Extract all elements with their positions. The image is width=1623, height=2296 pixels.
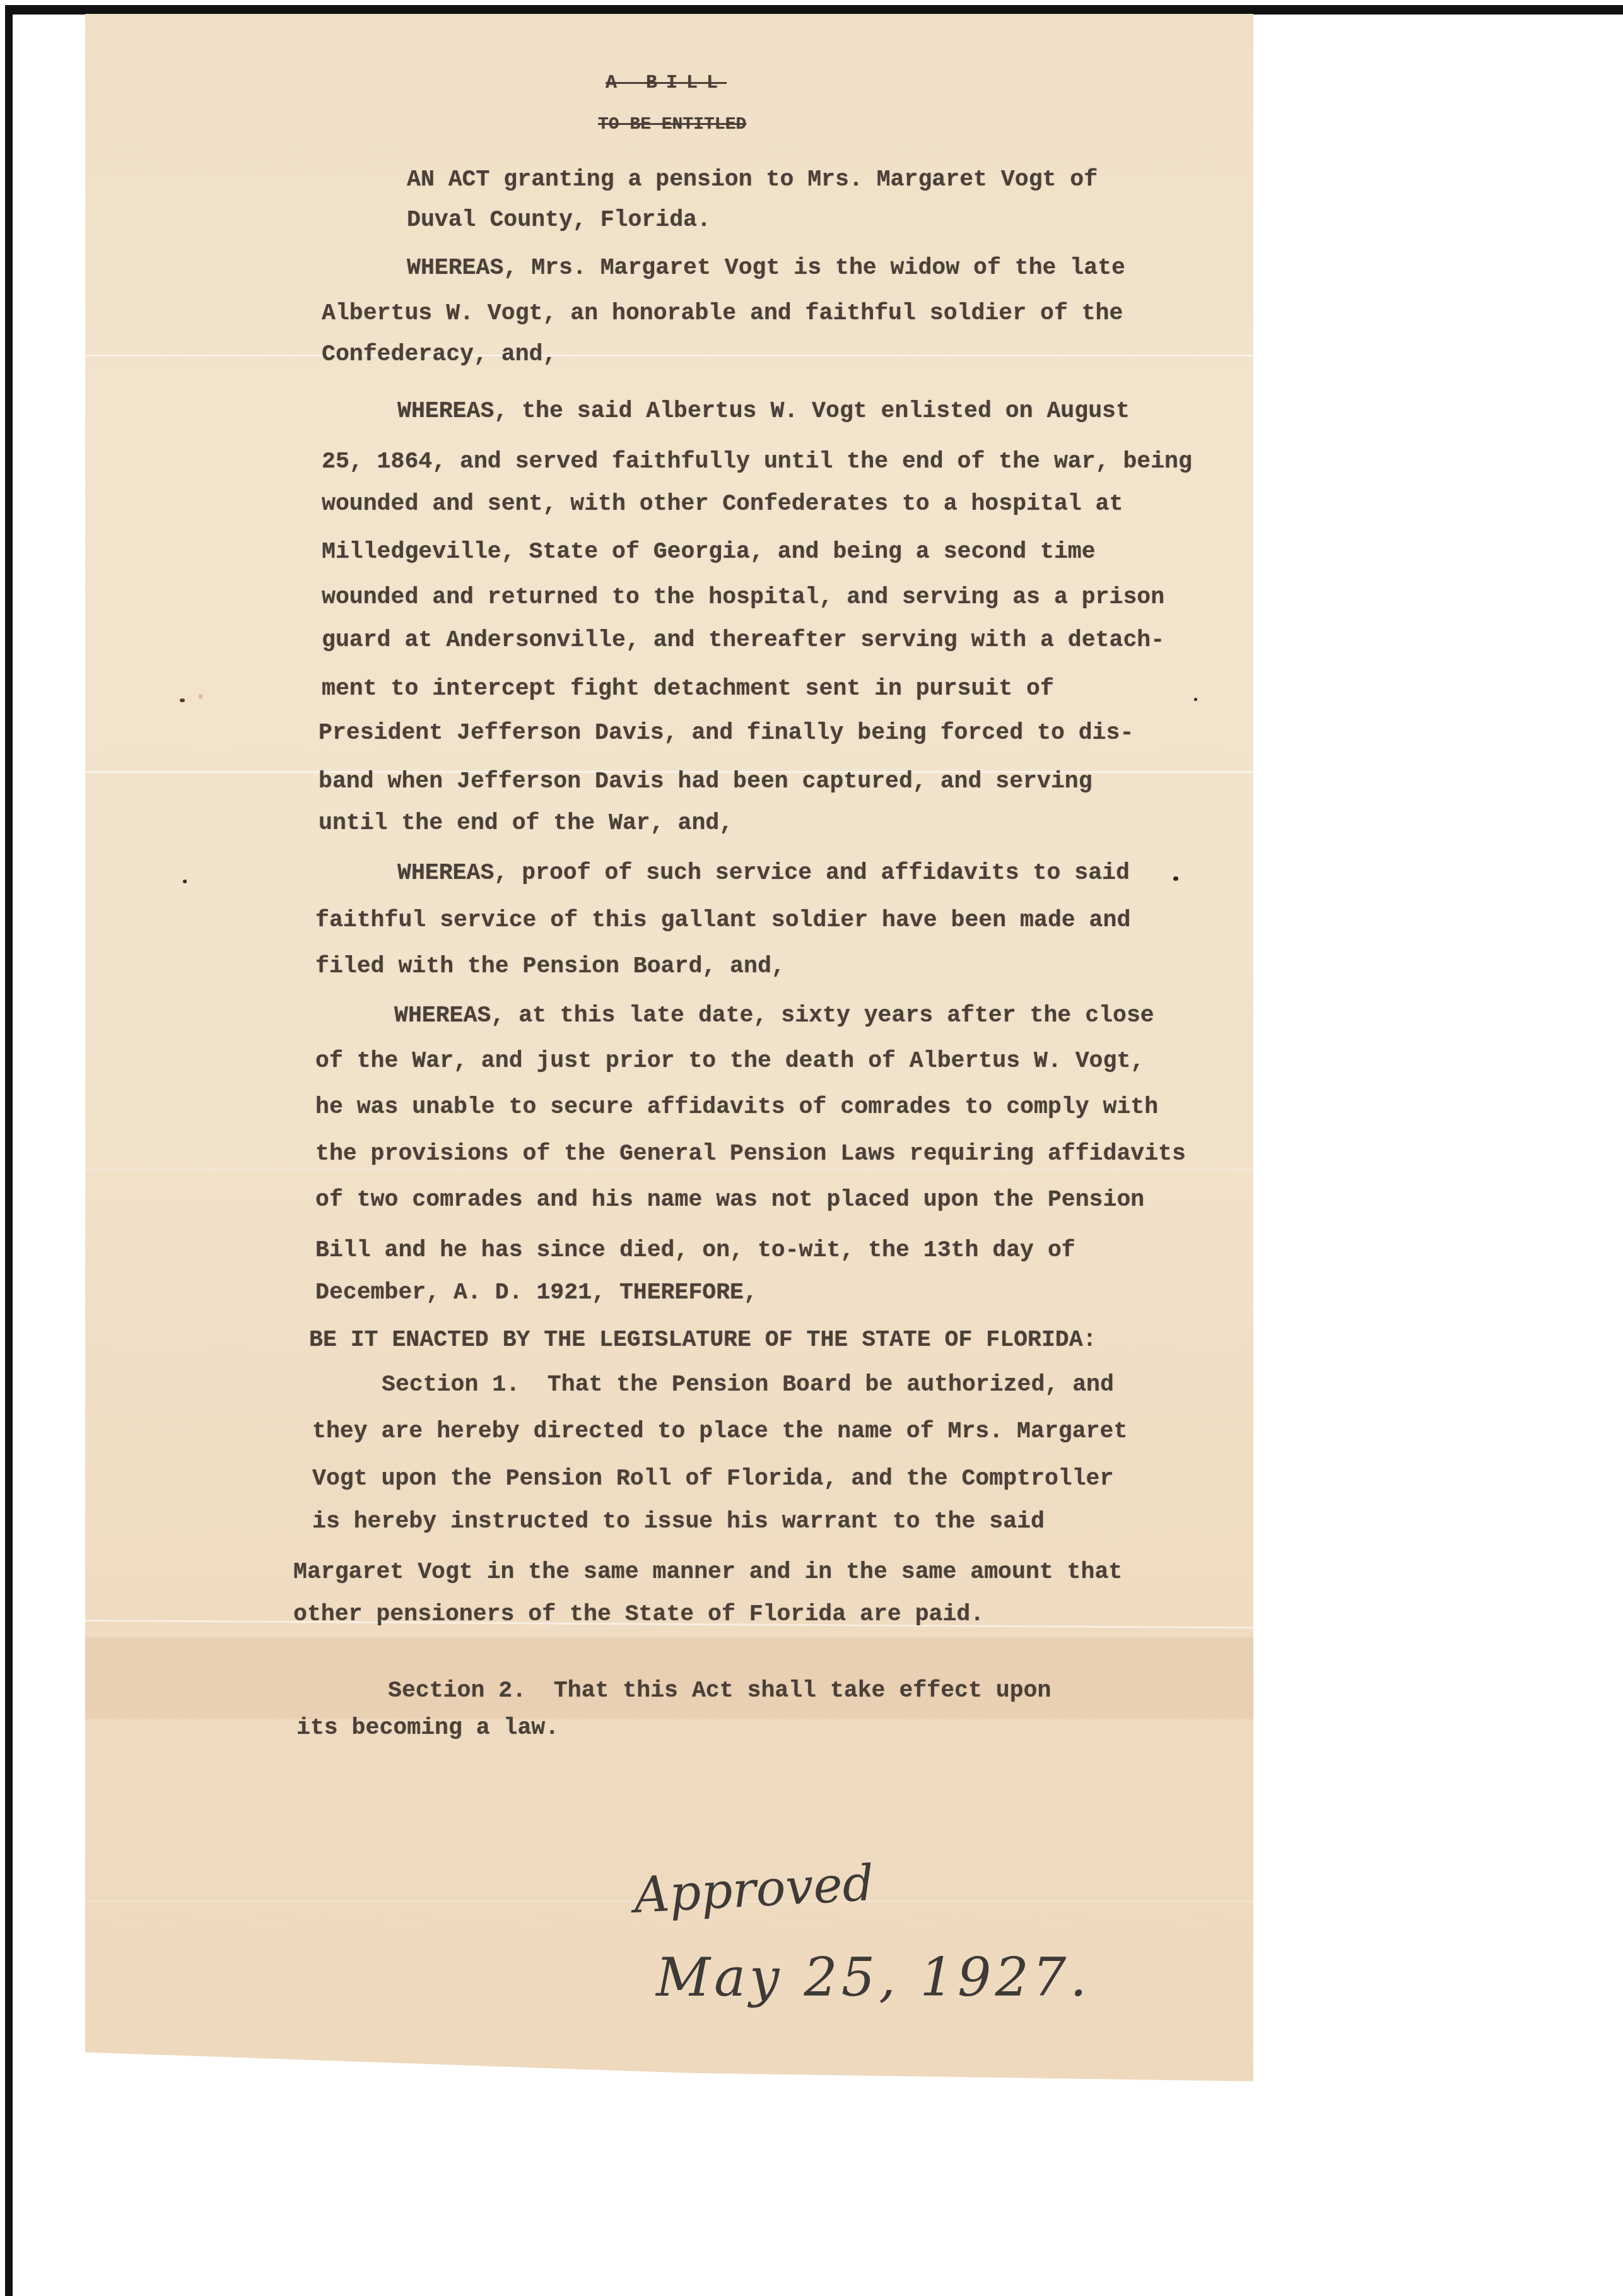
- typed-line: WHEREAS, proof of such service and affid…: [397, 861, 1130, 886]
- ink-spot: [183, 880, 187, 883]
- typed-line: ment to intercept fight detachment sent …: [322, 676, 1054, 702]
- typed-line: Margaret Vogt in the same manner and in …: [293, 1560, 1122, 1585]
- handwritten-date: May 25, 1927.: [656, 1946, 1091, 2008]
- typed-line: Vogt upon the Pension Roll of Florida, a…: [312, 1466, 1113, 1492]
- typed-line: its becoming a law.: [296, 1716, 559, 1741]
- typed-line: faithful service of this gallant soldier…: [315, 908, 1130, 933]
- fold-line: [85, 1169, 1253, 1170]
- typed-line: Bill and he has since died, on, to-wit, …: [315, 1238, 1075, 1263]
- struck-heading-to-be-entitled: TO BE ENTITLED: [598, 112, 746, 138]
- scan-frame-top: [5, 5, 1623, 15]
- typed-line: Milledgeville, State of Georgia, and bei…: [322, 539, 1096, 565]
- typed-line: WHEREAS, at this late date, sixty years …: [394, 1003, 1154, 1028]
- typed-line: they are hereby directed to place the na…: [312, 1419, 1127, 1444]
- typed-line: WHEREAS, Mrs. Margaret Vogt is the widow…: [407, 256, 1125, 281]
- ink-spot: [1173, 876, 1178, 881]
- ink-spot: [199, 694, 202, 699]
- typed-line: band when Jefferson Davis had been captu…: [319, 769, 1093, 794]
- typed-line: Confederacy, and,: [322, 342, 556, 367]
- typed-line: Duval County, Florida.: [407, 208, 711, 233]
- typed-line: filed with the Pension Board, and,: [315, 954, 785, 979]
- typed-line: wounded and returned to the hospital, an…: [322, 585, 1164, 610]
- scan-frame-left: [5, 5, 13, 2296]
- typed-line: Albertus W. Vogt, an honorable and faith…: [322, 301, 1123, 326]
- typed-line: AN ACT granting a pension to Mrs. Margar…: [407, 167, 1098, 192]
- typed-line: of two comrades and his name was not pla…: [315, 1187, 1144, 1213]
- typed-line: BE IT ENACTED BY THE LEGISLATURE OF THE …: [309, 1328, 1097, 1353]
- typed-line: guard at Andersonville, and thereafter s…: [322, 628, 1164, 653]
- typed-line: WHEREAS, the said Albertus W. Vogt enlis…: [397, 399, 1130, 424]
- typed-line: is hereby instructed to issue his warran…: [312, 1509, 1045, 1534]
- fold-line: [85, 355, 1253, 356]
- typed-line: Section 1. That the Pension Board be aut…: [382, 1372, 1114, 1398]
- typed-line: the provisions of the General Pension La…: [315, 1141, 1186, 1167]
- typed-line: other pensioners of the State of Florida…: [293, 1602, 984, 1627]
- typed-line: Section 2. That this Act shall take effe…: [388, 1678, 1051, 1704]
- typed-line: December, A. D. 1921, THEREFORE,: [315, 1280, 758, 1305]
- struck-heading-a-bill: A BILL: [606, 71, 727, 96]
- typed-line: wounded and sent, with other Confederate…: [322, 492, 1123, 517]
- typed-line: he was unable to secure affidavits of co…: [315, 1095, 1158, 1120]
- typed-line: of the War, and just prior to the death …: [315, 1049, 1144, 1074]
- ink-spot: [1194, 698, 1197, 701]
- typed-line: President Jefferson Davis, and finally b…: [319, 721, 1134, 746]
- ink-spot: [180, 698, 185, 702]
- typed-line: 25, 1864, and served faithfully until th…: [322, 449, 1192, 474]
- typed-line: until the end of the War, and,: [319, 811, 733, 836]
